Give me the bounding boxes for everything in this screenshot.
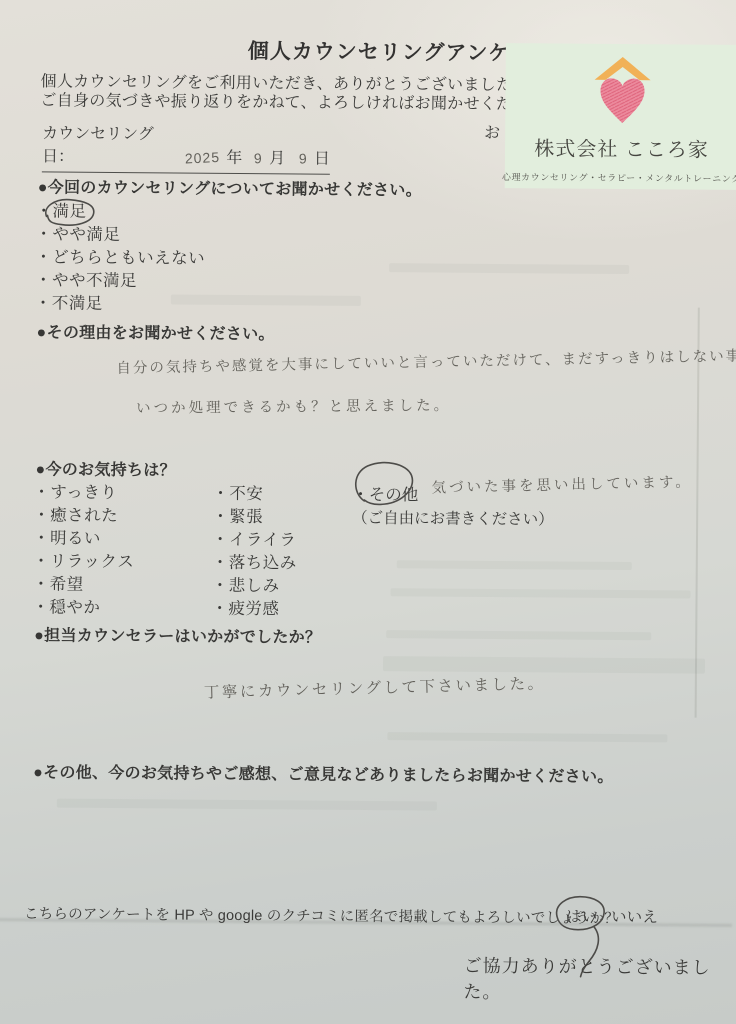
feeling-hiroukan: ・疲労感 xyxy=(211,598,296,622)
date-day-handwritten: 9 xyxy=(299,150,309,166)
survey-photo: 個人カウンセリングアンケート 個人カウンセリングをご利用いただき、ありがとうござ… xyxy=(0,0,736,1024)
company-tagline: 心理カウンセリング・セラピー・メンタルトレーニング xyxy=(502,170,736,185)
date-label: カウンセリング日： xyxy=(42,120,180,167)
date-year-unit: 年 xyxy=(226,145,242,168)
q3-other-handwritten: 気づいた事を思い出しています。 xyxy=(431,470,693,497)
bleed-through xyxy=(391,588,691,598)
date-month-unit: 月 xyxy=(269,145,285,168)
bleed-through xyxy=(397,560,632,570)
feeling-iyasareta: ・癒された xyxy=(33,504,135,528)
feeling-kanashimi: ・悲しみ xyxy=(212,575,297,599)
feeling-fuan: ・不安 xyxy=(212,483,297,507)
option-no: いいえ xyxy=(611,905,658,927)
thanks-message: ご協力ありがとうございました。 xyxy=(463,952,731,1006)
bleed-through xyxy=(57,799,437,811)
intro-line-2: ご自身の気づきや振り返りをかねて、よろしければお聞かせください。 xyxy=(40,91,561,114)
q1-heading: ●今回のカウンセリングについてお聞かせください。 xyxy=(38,174,422,200)
feeling-kibou: ・希望 xyxy=(33,573,135,597)
option-fumanzoku: ・不満足 xyxy=(35,292,205,316)
publish-question: こちらのアンケートを HP や google のクチコミに匿名で掲載してもよろし… xyxy=(24,902,619,928)
q4-handwritten: 丁寧にカウンセリングして下さいました。 xyxy=(204,671,546,702)
logo-roof-icon xyxy=(594,57,650,80)
feeling-odayaka: ・穏やか xyxy=(32,596,134,620)
q2-handwritten-line1: 自分の気持ちや感覚を大事にしていいと言っていただけて、まだすっきりはしない事が xyxy=(116,344,736,378)
option-yaya-fumanzoku: ・やや不満足 xyxy=(35,269,205,293)
q2-handwritten-line2: いつか処理できるかも？と思えました。 xyxy=(136,394,451,418)
feeling-akarui: ・明るい xyxy=(33,527,135,551)
feeling-other-note: （ご自由にお書きください） xyxy=(352,507,554,532)
bleed-through xyxy=(386,630,651,640)
feelings-column-negative: ・不安 ・緊張 ・イライラ ・落ち込み ・悲しみ ・疲労感 xyxy=(211,483,297,622)
q3-heading: ●今のお気持ちは？ xyxy=(35,456,176,480)
q4-heading: ●担当カウンセラーはいかがでしたか？ xyxy=(34,622,321,647)
date-month-handwritten: 9 xyxy=(254,150,264,166)
bleed-through xyxy=(389,263,629,274)
option-dochiratomo: ・どちらともいえない xyxy=(35,246,205,270)
bleed-through-line xyxy=(695,308,700,718)
feeling-ochikomi: ・落ち込み xyxy=(212,552,297,576)
option-yes: はい xyxy=(566,905,598,927)
company-logo: 株式会社 こころ家 心理カウンセリング・セラピー・メンタルトレーニング xyxy=(505,43,736,190)
paper-sheet: 個人カウンセリングアンケート 個人カウンセリングをご利用いただき、ありがとうござ… xyxy=(0,0,736,1024)
company-name: 株式会社 こころ家 xyxy=(534,132,709,162)
feeling-kinchou: ・緊張 xyxy=(212,506,297,530)
counseling-date-row: カウンセリング日： 2025 年 9 月 9 日 xyxy=(42,120,330,174)
feeling-relax: ・リラックス xyxy=(33,550,135,574)
date-day-unit: 日 xyxy=(314,146,330,169)
house-heart-icon xyxy=(590,53,655,128)
date-year-handwritten: 2025 xyxy=(185,149,221,167)
option-manzoku: ・満足 xyxy=(35,200,205,224)
name-label-partial: お xyxy=(484,124,500,143)
option-yaya-manzoku: ・やや満足 xyxy=(35,223,205,247)
q2-heading: ●その理由をお聞かせください。 xyxy=(37,319,275,344)
feeling-sukkiri: ・すっきり xyxy=(33,481,135,505)
q1-options: ・満足 ・やや満足 ・どちらともいえない ・やや不満足 ・不満足 xyxy=(35,200,206,316)
bleed-through xyxy=(387,732,667,742)
feelings-column-positive: ・すっきり ・癒された ・明るい ・リラックス ・希望 ・穏やか xyxy=(32,481,135,620)
q5-heading: ●その他、今のお気持ちやご感想、ご意見などありましたらお聞かせください。 xyxy=(33,759,614,787)
feeling-iraira: ・イライラ xyxy=(212,529,297,553)
